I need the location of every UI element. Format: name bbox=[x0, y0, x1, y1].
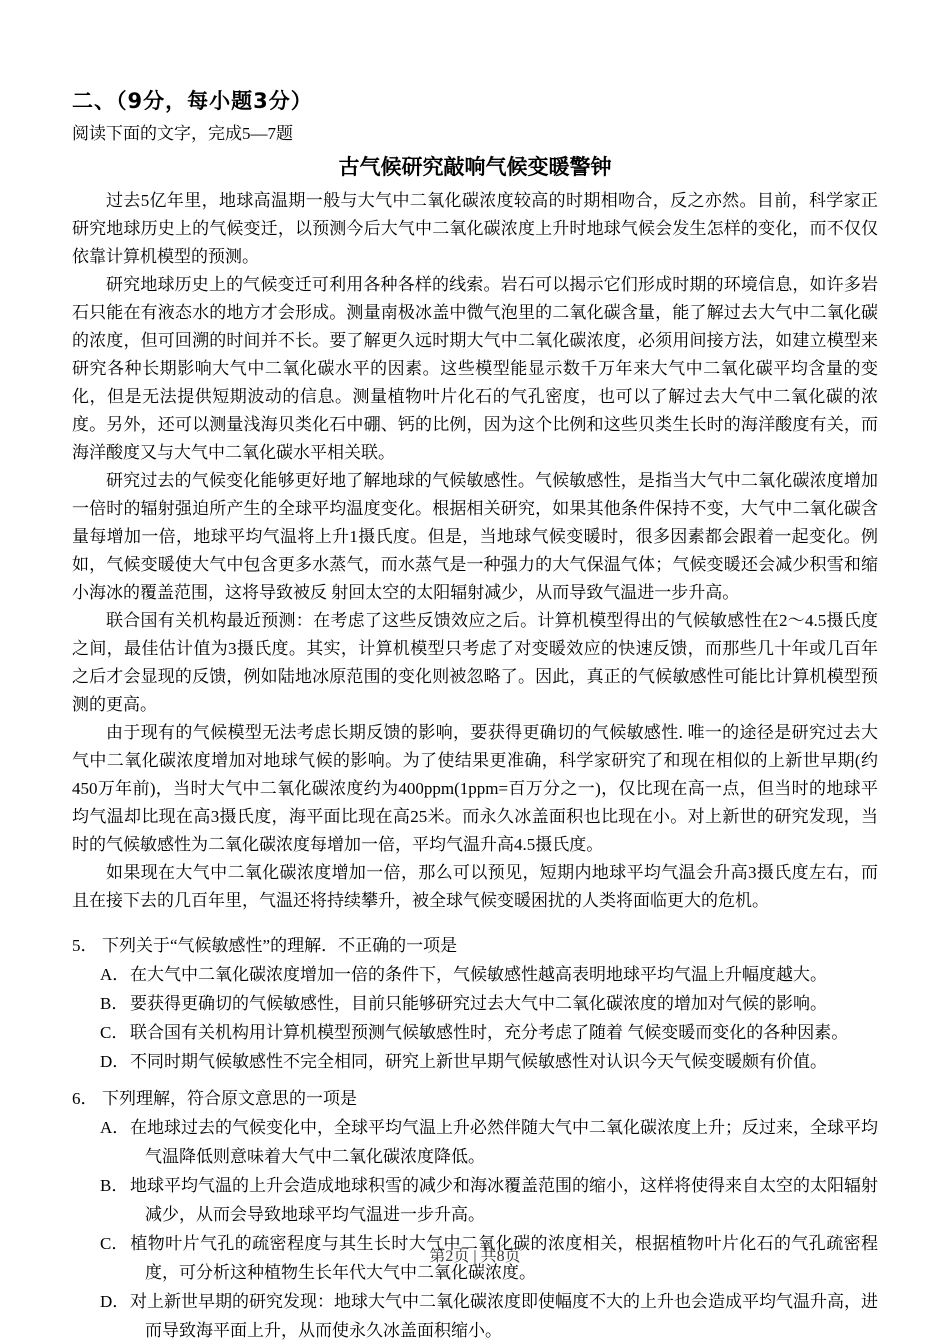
section-heading: 二、（9分，每小题3分） bbox=[72, 88, 878, 114]
option-item: C．联合国有关机构用计算机模型预测气候敏感性时，充分考虑了随着 气候变暖而变化的… bbox=[72, 1018, 878, 1047]
option-item: B．要获得更确切的气候敏感性，目前只能够研究过去大气中二氧化碳浓度的增加对气候的… bbox=[72, 989, 878, 1018]
option-letter: C． bbox=[100, 1018, 130, 1047]
question-number: 6． bbox=[72, 1084, 102, 1113]
page-number: 第2页 | 共8页 bbox=[0, 1243, 950, 1266]
article-paragraph: 研究地球历史上的气候变迁可利用各种各样的线索。岩石可以揭示它们形成时期的环境信息… bbox=[72, 271, 878, 467]
option-letter: A． bbox=[100, 1113, 130, 1142]
option-item: A．在地球过去的气候变化中，全球平均气温上升必然伴随大气中二氧化碳浓度上升；反过… bbox=[72, 1113, 878, 1171]
question-5: 5．下列关于“气候敏感性”的理解．不正确的一项是 A．在大气中二氧化碳浓度增加一… bbox=[72, 931, 878, 1076]
option-text: 在地球过去的气候变化中，全球平均气温上升必然伴随大气中二氧化碳浓度上升；反过来，… bbox=[130, 1118, 878, 1166]
option-letter: D． bbox=[100, 1047, 130, 1076]
option-text: 不同时期气候敏感性不完全相同，研究上新世早期气候敏感性对认识今天气候变暖颇有价值… bbox=[130, 1052, 827, 1071]
question-stem: 6．下列理解，符合原文意思的一项是 bbox=[72, 1084, 878, 1113]
option-letter: B． bbox=[100, 1171, 130, 1200]
option-letter: D． bbox=[100, 1287, 130, 1316]
article-paragraph: 研究过去的气候变化能够更好地了解地球的气候敏感性。气候敏感性，是指当大气中二氧化… bbox=[72, 467, 878, 607]
article-paragraph: 由于现有的气候模型无法考虑长期反馈的影响，要获得更确切的气候敏感性. 唯一的途径… bbox=[72, 719, 878, 859]
option-text: 联合国有关机构用计算机模型预测气候敏感性时，充分考虑了随着 气候变暖而变化的各种… bbox=[130, 1023, 848, 1042]
option-text: 对上新世早期的研究发现：地球大气中二氧化碳浓度即使幅度不大的上升也会造成平均气温… bbox=[130, 1292, 878, 1340]
option-letter: A． bbox=[100, 960, 130, 989]
article-paragraph: 过去5亿年里，地球高温期一般与大气中二氧化碳浓度较高的时期相吻合，反之亦然。目前… bbox=[72, 187, 878, 271]
option-text: 地球平均气温的上升会造成地球积雪的减少和海冰覆盖范围的缩小，这样将使得来自太空的… bbox=[130, 1176, 878, 1224]
option-item: B．地球平均气温的上升会造成地球积雪的减少和海冰覆盖范围的缩小，这样将使得来自太… bbox=[72, 1171, 878, 1229]
option-letter: B． bbox=[100, 989, 130, 1018]
article-paragraph: 如果现在大气中二氧化碳浓度增加一倍，那么可以预见，短期内地球平均气温会升高3摄氏… bbox=[72, 859, 878, 915]
question-stem: 5．下列关于“气候敏感性”的理解．不正确的一项是 bbox=[72, 931, 878, 960]
option-text: 要获得更确切的气候敏感性，目前只能够研究过去大气中二氧化碳浓度的增加对气候的影响… bbox=[130, 994, 827, 1013]
option-text: 在大气中二氧化碳浓度增加一倍的条件下，气候敏感性越高表明地球平均气温上升幅度越大… bbox=[130, 965, 827, 984]
option-item: D．不同时期气候敏感性不完全相同，研究上新世早期气候敏感性对认识今天气候变暖颇有… bbox=[72, 1047, 878, 1076]
questions-section: 5．下列关于“气候敏感性”的理解．不正确的一项是 A．在大气中二氧化碳浓度增加一… bbox=[72, 931, 878, 1344]
question-stem-text: 下列关于“气候敏感性”的理解．不正确的一项是 bbox=[102, 936, 457, 955]
page-content: 二、（9分，每小题3分） 阅读下面的文字，完成5—7题 古气候研究敲响气候变暖警… bbox=[72, 88, 878, 1344]
option-item: D．对上新世早期的研究发现：地球大气中二氧化碳浓度即使幅度不大的上升也会造成平均… bbox=[72, 1287, 878, 1344]
question-6: 6．下列理解，符合原文意思的一项是 A．在地球过去的气候变化中，全球平均气温上升… bbox=[72, 1084, 878, 1344]
reading-instruction: 阅读下面的文字，完成5—7题 bbox=[72, 121, 878, 147]
document-page: 二、（9分，每小题3分） 阅读下面的文字，完成5—7题 古气候研究敲响气候变暖警… bbox=[0, 0, 950, 1344]
question-number: 5． bbox=[72, 931, 102, 960]
article-paragraph: 联合国有关机构最近预测：在考虑了这些反馈效应之后。计算机模型得出的气候敏感性在2… bbox=[72, 607, 878, 719]
option-item: A．在大气中二氧化碳浓度增加一倍的条件下，气候敏感性越高表明地球平均气温上升幅度… bbox=[72, 960, 878, 989]
question-stem-text: 下列理解，符合原文意思的一项是 bbox=[102, 1089, 357, 1108]
article-body: 过去5亿年里，地球高温期一般与大气中二氧化碳浓度较高的时期相吻合，反之亦然。目前… bbox=[72, 187, 878, 915]
article-title: 古气候研究敲响气候变暖警钟 bbox=[72, 153, 878, 181]
